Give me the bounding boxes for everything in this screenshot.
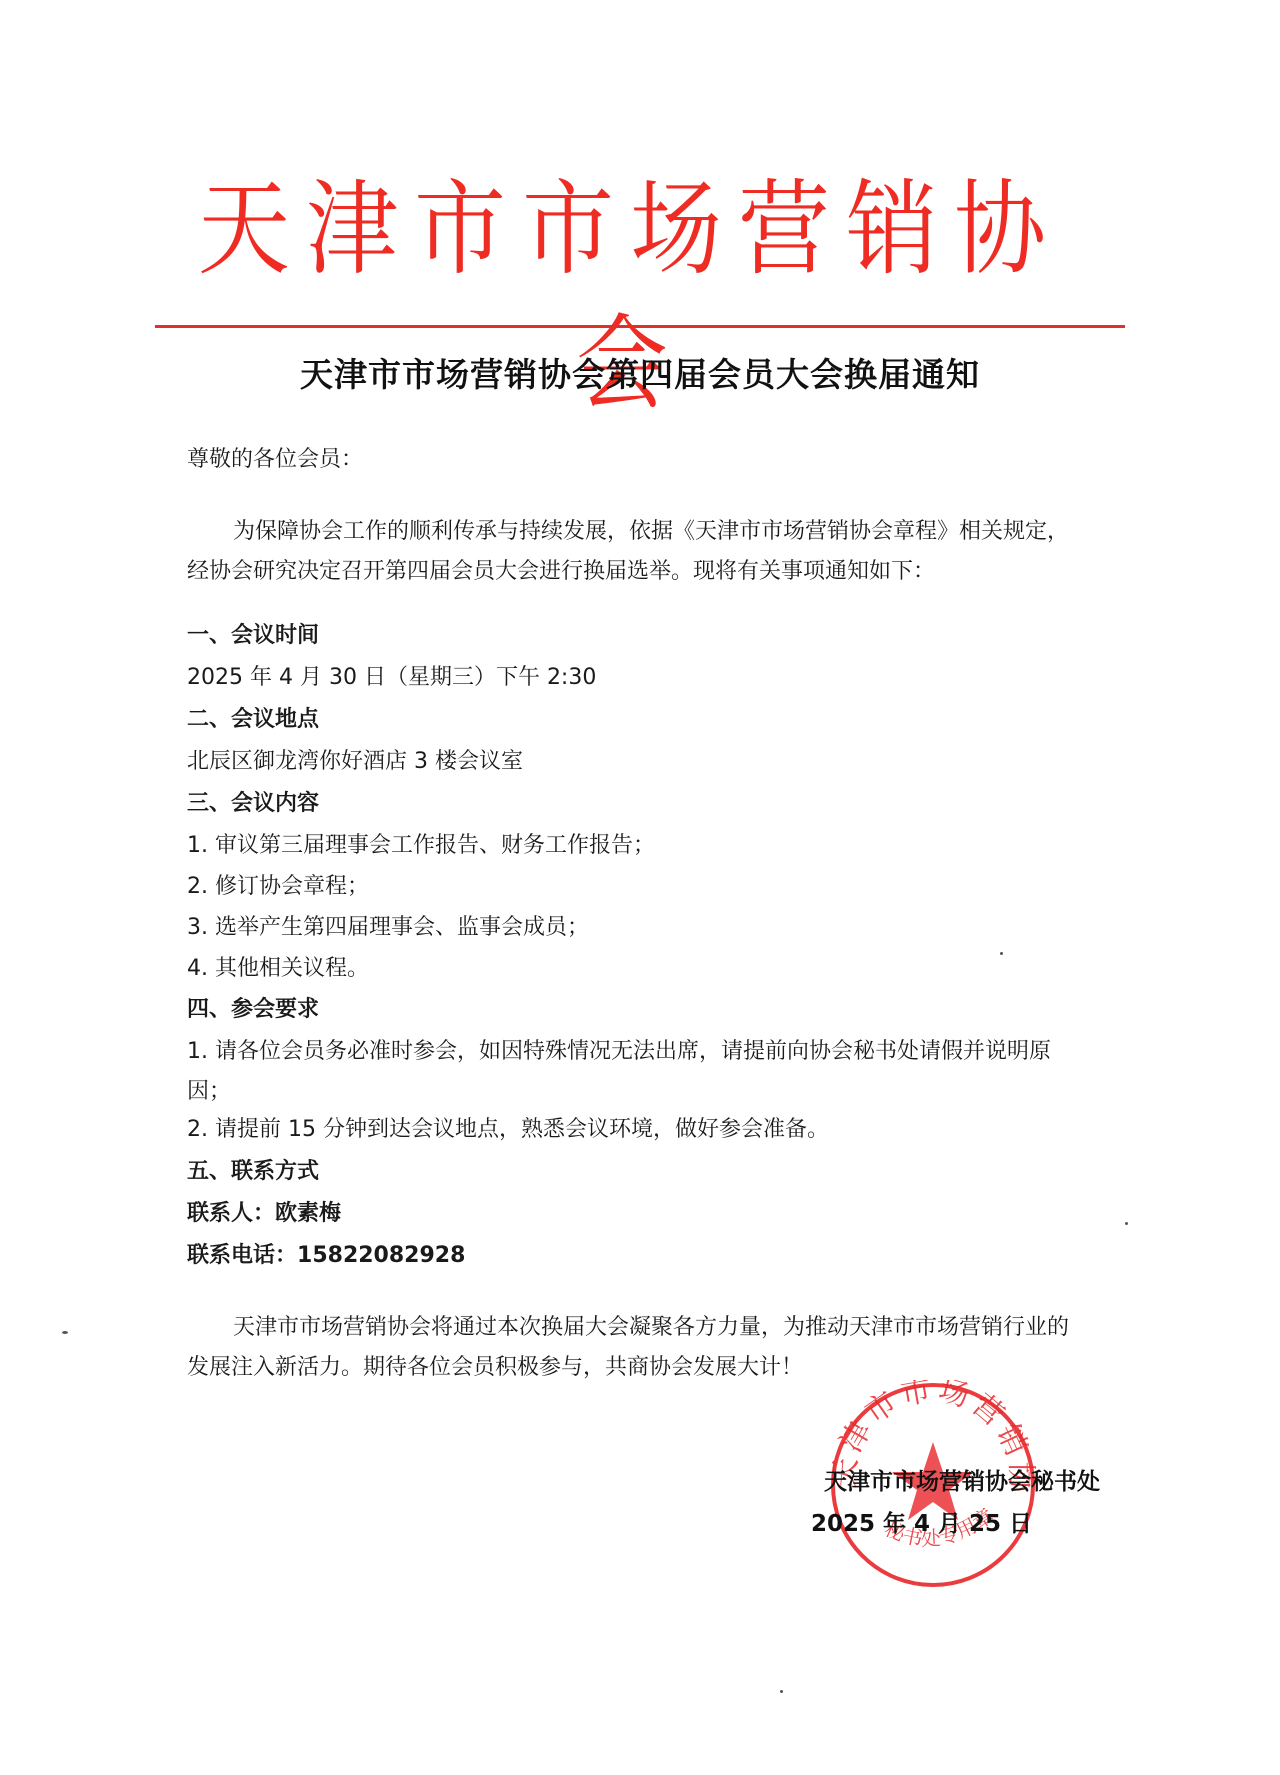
scan-speck (62, 1331, 68, 1334)
contact-phone-number: 15822082928 (297, 1243, 465, 1268)
intro-paragraph: 为保障协会工作的顺利传承与持续发展，依据《天津市市场营销协会章程》相关规定，经协… (187, 512, 1087, 592)
section-heading-time: 一、会议时间 (187, 616, 1087, 656)
meeting-location: 北辰区御龙湾你好酒店 3 楼会议室 (187, 742, 1087, 782)
section-heading-contact: 五、联系方式 (187, 1152, 1087, 1192)
requirement-item: 1. 请各位会员务必准时参会，如因特殊情况无法出席，请提前向协会秘书处请假并说明… (187, 1032, 1087, 1112)
scan-speck (1125, 1222, 1128, 1225)
agenda-item: 3. 选举产生第四届理事会、监事会成员； (187, 908, 1087, 948)
requirement-item: 2. 请提前 15 分钟到达会议地点，熟悉会议环境，做好参会准备。 (187, 1110, 1087, 1150)
meeting-time: 2025 年 4 月 30 日（星期三）下午 2:30 (187, 658, 1087, 698)
agenda-item: 4. 其他相关议程。 (187, 949, 1087, 989)
contact-phone: 联系电话：15822082928 (187, 1236, 1087, 1276)
contact-person-label: 联系人： (187, 1201, 275, 1226)
letterhead-divider (155, 325, 1125, 328)
letterhead-org-name: 天津市市场营销协会 (180, 163, 1080, 297)
contact-person: 联系人：欧素梅 (187, 1194, 1087, 1234)
notice-page: 天津市市场营销协会 天津市市场营销协会第四届会员大会换届通知 尊敬的各位会员： … (0, 0, 1280, 1775)
scan-speck (780, 1690, 783, 1693)
salutation: 尊敬的各位会员： (187, 440, 1087, 480)
section-heading-requirements: 四、参会要求 (187, 990, 1087, 1030)
agenda-item: 2. 修订协会章程； (187, 867, 1087, 907)
document-title: 天津市市场营销协会第四届会员大会换届通知 (0, 350, 1280, 400)
contact-person-name: 欧素梅 (275, 1201, 341, 1226)
contact-phone-label: 联系电话： (187, 1243, 297, 1268)
signature-date: 2025 年 4 月 25 日 (811, 1504, 1032, 1544)
section-heading-location: 二、会议地点 (187, 700, 1087, 740)
scan-speck (1000, 952, 1003, 955)
closing-paragraph: 天津市市场营销协会将通过本次换届大会凝聚各方力量，为推动天津市市场营销行业的发展… (187, 1308, 1087, 1388)
section-heading-agenda: 三、会议内容 (187, 784, 1087, 824)
agenda-item: 1. 审议第三届理事会工作报告、财务工作报告； (187, 826, 1087, 866)
signature-org: 天津市市场营销协会秘书处 (824, 1462, 1100, 1502)
